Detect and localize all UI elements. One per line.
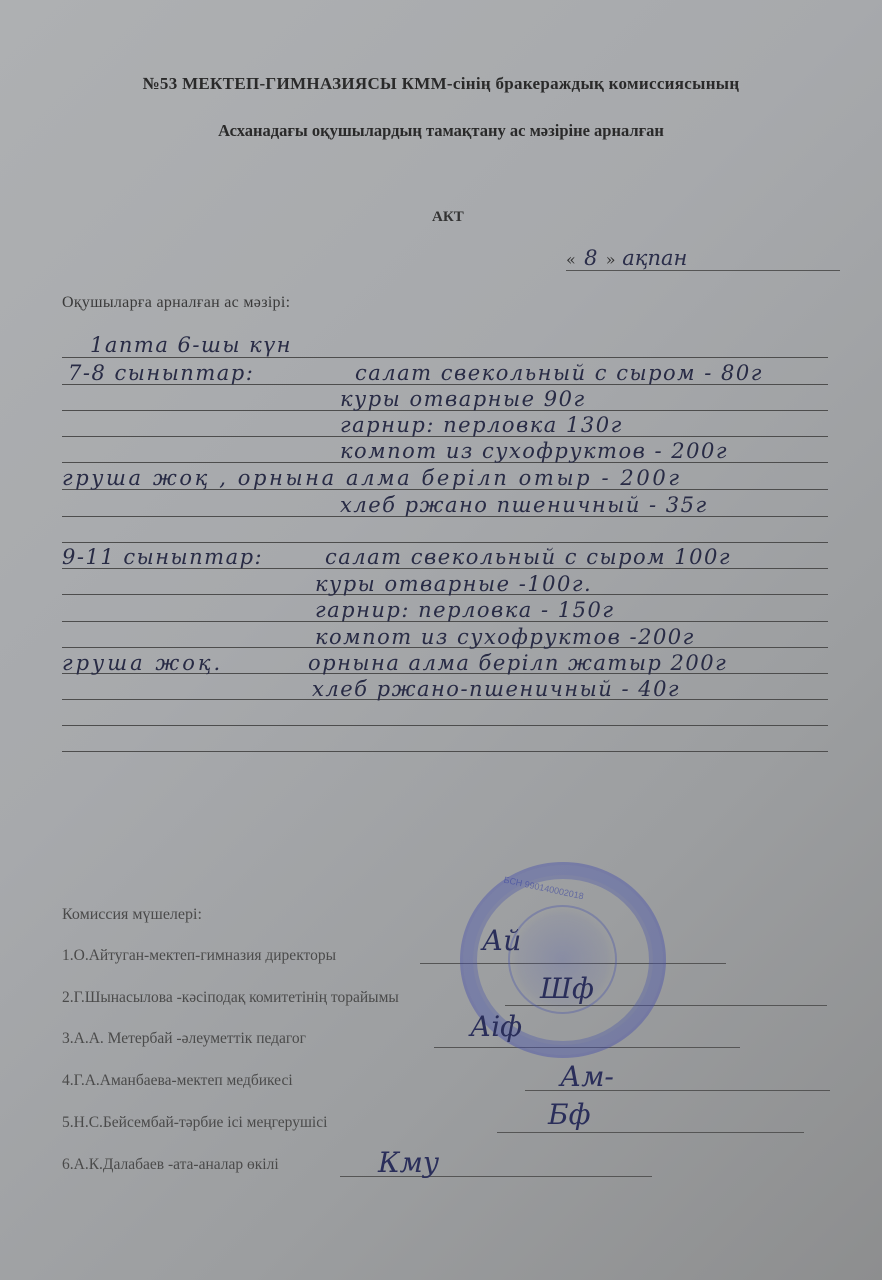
menu-line-substitute-9-11: орнына алма берілп жатыр 200г [308,651,727,675]
menu-line-pear-none-9-11: груша жоқ. [62,651,223,675]
member-4: 4.Г.А.Аманбаева-мектеп медбикесі [62,1072,293,1090]
menu-line-chicken-9-11: куры отварные -100г. [315,572,592,596]
menu-line-garnish-9-11: гарнир: перловка - 150г [315,598,614,622]
member-2: 2.Г.Шынасылова -кәсіподақ комитетінің то… [62,989,399,1007]
date-open-quote: « [566,250,576,269]
menu-line-compote-7-8: компот из сухофруктов - 200г [340,439,728,463]
ruled-line [62,357,828,358]
document-title: АКТ [432,209,464,226]
member-1: 1.О.Айтуган-мектеп-гимназия директоры [62,947,336,965]
date-day: 8 [576,246,606,271]
document-header-line2: Асханадағы оқушылардың тамақтану ас мәзі… [0,121,882,141]
menu-line-salad-7-8: салат свекольный с сыром - 80г [355,361,763,385]
document-header-line1: №53 МЕКТЕП-ГИМНАЗИЯСЫ КММ-сінің бракераж… [0,74,882,94]
signature-2: Шф [540,972,594,1005]
menu-line-bread-9-11: хлеб ржано-пшеничный - 40г [312,677,680,701]
signature-5: Бф [548,1098,591,1131]
signature-3: Аіф [470,1010,522,1043]
menu-line-bread-7-8: хлеб ржано пшеничный - 35г [340,493,708,517]
signature-4: Ам- [560,1060,614,1093]
signature-6: Кму [378,1146,439,1179]
date-month: ақпан [622,246,687,270]
member-3: 3.А.А. Метербай -әлеуметтік педагог [62,1030,306,1048]
menu-line-week-day: 1апта 6-шы күн [90,333,292,357]
menu-label: Оқушыларға арналған ас мәзірі: [62,294,290,312]
menu-line-grade-7-8: 7-8 сыныптар: [68,361,254,385]
signature-line-5 [497,1132,804,1133]
date-close-quote: » [606,250,616,269]
menu-line-compote-9-11: компот из сухофруктов -200г [315,625,695,649]
date-field: «8» ақпан [566,246,840,271]
ruled-line [62,751,828,752]
ruled-line [62,725,828,726]
menu-line-chicken-7-8: куры отварные 90г [340,387,586,411]
signature-1: Ай [482,924,521,957]
menu-line-grade-9-11: 9-11 сыныптар: [62,545,263,569]
member-6: 6.А.К.Далабаев -ата-аналар өкілі [62,1156,279,1174]
menu-line-substitute-7-8: груша жоқ , орнына алма берілп отыр - 20… [62,466,682,490]
ruled-line [62,542,828,543]
menu-line-salad-9-11: салат свекольный с сыром 100г [325,545,731,569]
stamp-text: БСН 990140002018 [503,875,585,902]
menu-line-garnish-7-8: гарнир: перловка 130г [340,413,623,437]
members-title: Комиссия мүшелері: [62,906,202,924]
member-5: 5.Н.С.Бейсембай-тәрбие ісі меңгерушісі [62,1114,327,1132]
